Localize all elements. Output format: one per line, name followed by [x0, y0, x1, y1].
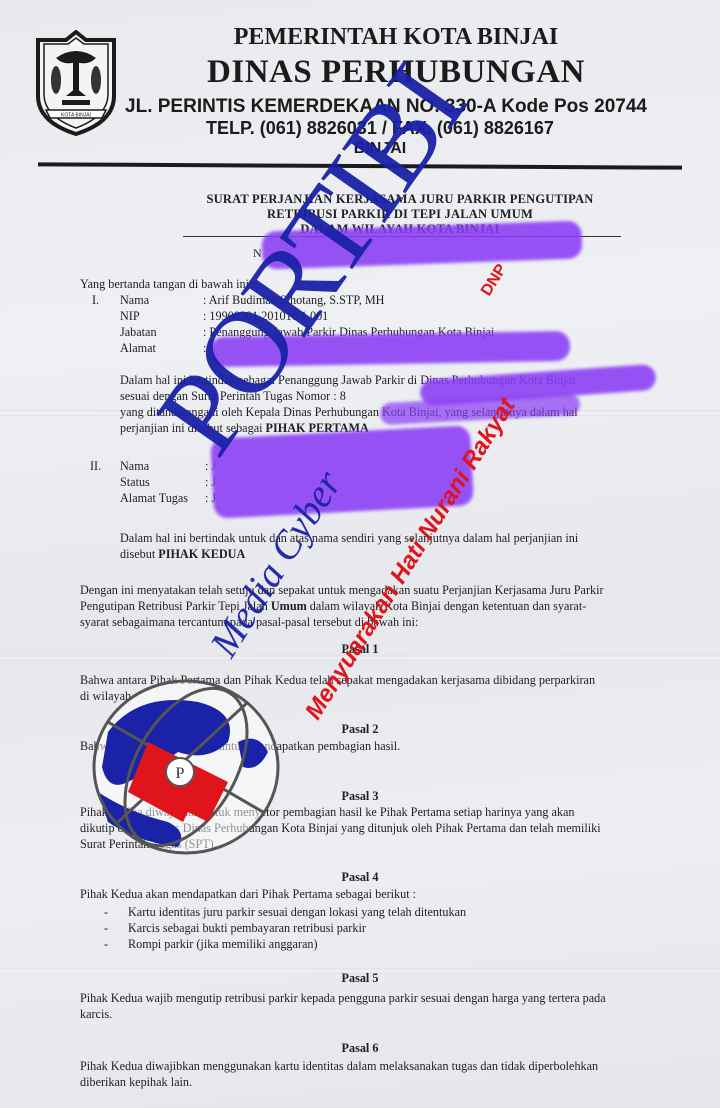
document-number: N [253, 246, 262, 261]
article-heading: Pasal 5 [0, 970, 720, 986]
article-line: Pihak Kedua wajib mengutip retribusi par… [80, 990, 606, 1006]
intro-text: Yang bertanda tangan di bawah ini : [80, 276, 255, 292]
article-heading: Pasal 3 [0, 788, 720, 804]
watermark-tag: DNP [478, 261, 511, 299]
article-line: Pihak Kedua akan mendapatkan dari Pihak … [80, 886, 416, 902]
field-value: : [203, 340, 206, 356]
article-line: Bahwa antara Pihak Pertama dan Pihak Ked… [80, 672, 595, 688]
preamble-line: syarat sebagaimana tercantum pada pasal-… [80, 614, 418, 630]
article-heading: Pasal 6 [0, 1040, 720, 1056]
para-text: dalam wilayah Kota Binjai dengan ketentu… [307, 599, 587, 613]
list-item-text: Kartu identitas juru parkir sesuai denga… [128, 905, 466, 919]
field-label: Status [120, 474, 150, 490]
article-line: di wilayah [80, 688, 131, 704]
letterhead-divider [38, 162, 682, 169]
article-line: dikutip oleh Petugas Dinas Perhubungan K… [80, 820, 601, 836]
redaction-mark [210, 425, 474, 518]
letterhead-city: BINJAI [80, 140, 680, 158]
party-two-designation: PIHAK KEDUA [158, 547, 245, 561]
field-value: : 19900301 201010 1 001 [203, 308, 328, 324]
party-two-para-line: Dalam hal ini bertindak untuk dan atas n… [120, 530, 578, 546]
document-title-line1: SURAT PERJANJIAN KERJASAMA JURU PARKIR P… [180, 192, 620, 207]
article-line: diberikan kepihak lain. [80, 1074, 192, 1090]
article-line: karcis. [80, 1006, 112, 1022]
article-line: Bahwa Pihak Kedua berhak untuk mendapatk… [80, 738, 400, 754]
field-label: Jabatan [120, 324, 157, 340]
field-label: NIP [120, 308, 140, 324]
letterhead-government: PEMERINTAH KOTA BINJAI [96, 24, 696, 51]
article-line: Pihak Kedua diwajibkan untuk menyetor pe… [80, 804, 574, 820]
list-item: -Kartu identitas juru parkir sesuai deng… [104, 904, 466, 920]
field-label: Nama [120, 458, 149, 474]
para-text: perjanjian ini disebut sebagai [120, 421, 266, 435]
document-title-line2: RETRIBUSI PARKIR DI TEPI JALAN UMUM [180, 207, 620, 222]
list-item: -Rompi parkir (jika memiliki anggaran) [104, 936, 318, 952]
para-bold: Umum [271, 599, 307, 613]
field-label: Alamat Tugas [120, 490, 188, 506]
redaction-mark [380, 393, 581, 425]
letterhead-agency: DINAS PERHUBUNGAN [96, 54, 696, 91]
redaction-mark [210, 331, 570, 367]
document-page: KOTA BINJAI PEMERINTAH KOTA BINJAI DINAS… [0, 0, 720, 1108]
field-label: Nama [120, 292, 149, 308]
para-text: disebut [120, 547, 158, 561]
preamble-line: Pengutipan Retribusi Parkir Tepi Jalan U… [80, 598, 586, 614]
party-two-para-line: disebut PIHAK KEDUA [120, 546, 245, 562]
party-two-numeral: II. [90, 458, 101, 474]
letterhead-address: JL. PERINTIS KEMERDEKAAN NO. 330-A Kode … [86, 96, 686, 118]
article-heading: Pasal 2 [0, 721, 720, 737]
party-one-para-line: sesuai dengan Surat Perintah Tugas Nomor… [120, 388, 346, 404]
list-item-text: Rompi parkir (jika memiliki anggaran) [128, 937, 318, 951]
article-line: Surat Perintah Tugas (SPT). [80, 836, 217, 852]
article-heading: Pasal 1 [0, 641, 720, 657]
article-heading: Pasal 4 [0, 869, 720, 885]
para-text: Pengutipan Retribusi Parkir Tepi Jalan [80, 599, 271, 613]
letterhead-contact: TELP. (061) 8826031 / FAX. (061) 8826167 [80, 118, 680, 139]
party-one-numeral: I. [92, 292, 99, 308]
article-line: Pihak Kedua diwajibkan menggunakan kartu… [80, 1058, 598, 1074]
preamble-line: Dengan ini menyatakan telah setuju dan s… [80, 582, 604, 598]
field-value: : Arif Budiman Sihotang, S.STP, MH [203, 292, 384, 308]
svg-text:P: P [176, 765, 185, 782]
list-item-text: Karcis sebagai bukti pembayaran retribus… [128, 921, 366, 935]
list-item: -Karcis sebagai bukti pembayaran retribu… [104, 920, 366, 936]
field-label: Alamat [120, 340, 156, 356]
